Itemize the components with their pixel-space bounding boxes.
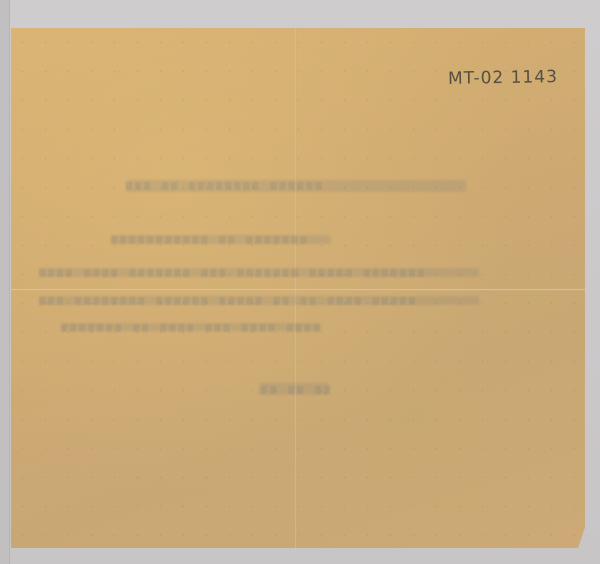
- vertical-fold-crease: [295, 28, 297, 548]
- scanner-edge: [0, 0, 10, 564]
- typed-heading: ▒▒▒ ▒▒ ▒▒▒▒▒▒▒▒ ▒▒▒▒▒▒: [126, 182, 466, 190]
- typed-body-line-1: ▒▒▒▒ ▒▒▒▒ ▒▒▒▒▒▒▒ ▒▒▒ ▒▒▒▒▒▒▒ ▒▒▒▒▒ ▒▒▒▒…: [39, 269, 479, 277]
- typed-body-line-3: ▒▒▒▒▒▒▒ ▒▒ ▒▒▒▒ ▒▒▒ ▒▒▒▒ ▒▒▒▒: [61, 324, 321, 332]
- typed-subheading: ▒▒▒▒▒▒▒▒▒▒▒ ▒▒ ▒▒▒▒▒▒▒: [111, 236, 331, 244]
- signature-text: ▒▒ ▒▒ ▒▒: [261, 386, 331, 394]
- horizontal-fold-crease: [11, 289, 585, 291]
- handwritten-catalog-number: MT-02 1143: [448, 67, 558, 89]
- document-page: MT-02 1143 ▒▒▒ ▒▒ ▒▒▒▒▒▒▒▒ ▒▒▒▒▒▒ ▒▒▒▒▒▒…: [11, 28, 585, 548]
- typed-body-line-2: ▒▒▒ ▒▒▒▒▒▒▒▒ ▒▒▒▒▒▒ ▒▒▒▒▒ ▒▒ ▒▒ ▒▒▒▒ ▒▒▒…: [39, 297, 479, 305]
